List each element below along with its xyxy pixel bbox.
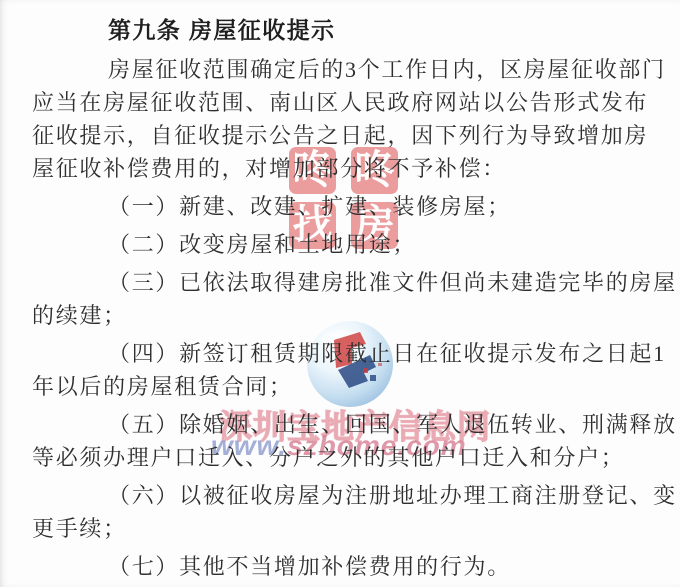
- text-line: 房屋征收范围确定后的3个工作日内，区房屋征收部门: [32, 53, 648, 86]
- text-line: 年以后的房屋租赁合同；: [32, 370, 648, 403]
- text-line: 屋征收补偿费用的，对增加部分将不予补偿：: [32, 152, 648, 185]
- text-line: （六）以被征收房屋为注册地址办理工商注册登记、变: [32, 479, 648, 512]
- text-line: 更手续；: [32, 512, 648, 545]
- text-line: 应当在房屋征收范围、南山区人民政府网站以公告形式发布: [32, 86, 648, 119]
- text-line: （五）除婚姻、出生、回国、军人退伍转业、刑满释放: [32, 408, 648, 441]
- item-7: （七）其他不当增加补偿费用的行为。: [32, 550, 648, 583]
- intro-paragraph: 房屋征收范围确定后的3个工作日内，区房屋征收部门应当在房屋征收范围、南山区人民政…: [32, 53, 648, 185]
- document-content: 第九条 房屋征收提示 房屋征收范围确定后的3个工作日内，区房屋征收部门应当在房屋…: [32, 14, 648, 587]
- item-2: （二）改变房屋和土地用途；: [32, 228, 648, 261]
- text-line: （四）新签订租赁期限截止日在征收提示发布之日起1: [32, 337, 648, 370]
- item-5: （五）除婚姻、出生、回国、军人退伍转业、刑满释放等必须办理户口迁入、分户之外的其…: [32, 408, 648, 474]
- page-title: 第九条 房屋征收提示: [32, 14, 648, 47]
- item-1: （一）新建、改建、扩建、装修房屋；: [32, 190, 648, 223]
- document-body: 房屋征收范围确定后的3个工作日内，区房屋征收部门应当在房屋征收范围、南山区人民政…: [32, 53, 648, 583]
- item-6: （六）以被征收房屋为注册地址办理工商注册登记、变更手续；: [32, 479, 648, 545]
- text-line: 等必须办理户口迁入、分户之外的其他户口迁入和分户；: [32, 441, 648, 474]
- document-page: 咚咚找房 深圳宝地产信息网 www.szbome.com 第九条 房屋征收提示: [0, 0, 680, 587]
- text-line: 的续建；: [32, 299, 648, 332]
- text-line: 征收提示，自征收提示公告之日起，因下列行为导致增加房: [32, 119, 648, 152]
- text-line: （三）已依法取得建房批准文件但尚未建造完毕的房屋: [32, 266, 648, 299]
- text-line: （二）改变房屋和土地用途；: [32, 228, 648, 261]
- text-line: （七）其他不当增加补偿费用的行为。: [32, 550, 648, 583]
- item-4: （四）新签订租赁期限截止日在征收提示发布之日起1年以后的房屋租赁合同；: [32, 337, 648, 403]
- item-3: （三）已依法取得建房批准文件但尚未建造完毕的房屋的续建；: [32, 266, 648, 332]
- text-line: （一）新建、改建、扩建、装修房屋；: [32, 190, 648, 223]
